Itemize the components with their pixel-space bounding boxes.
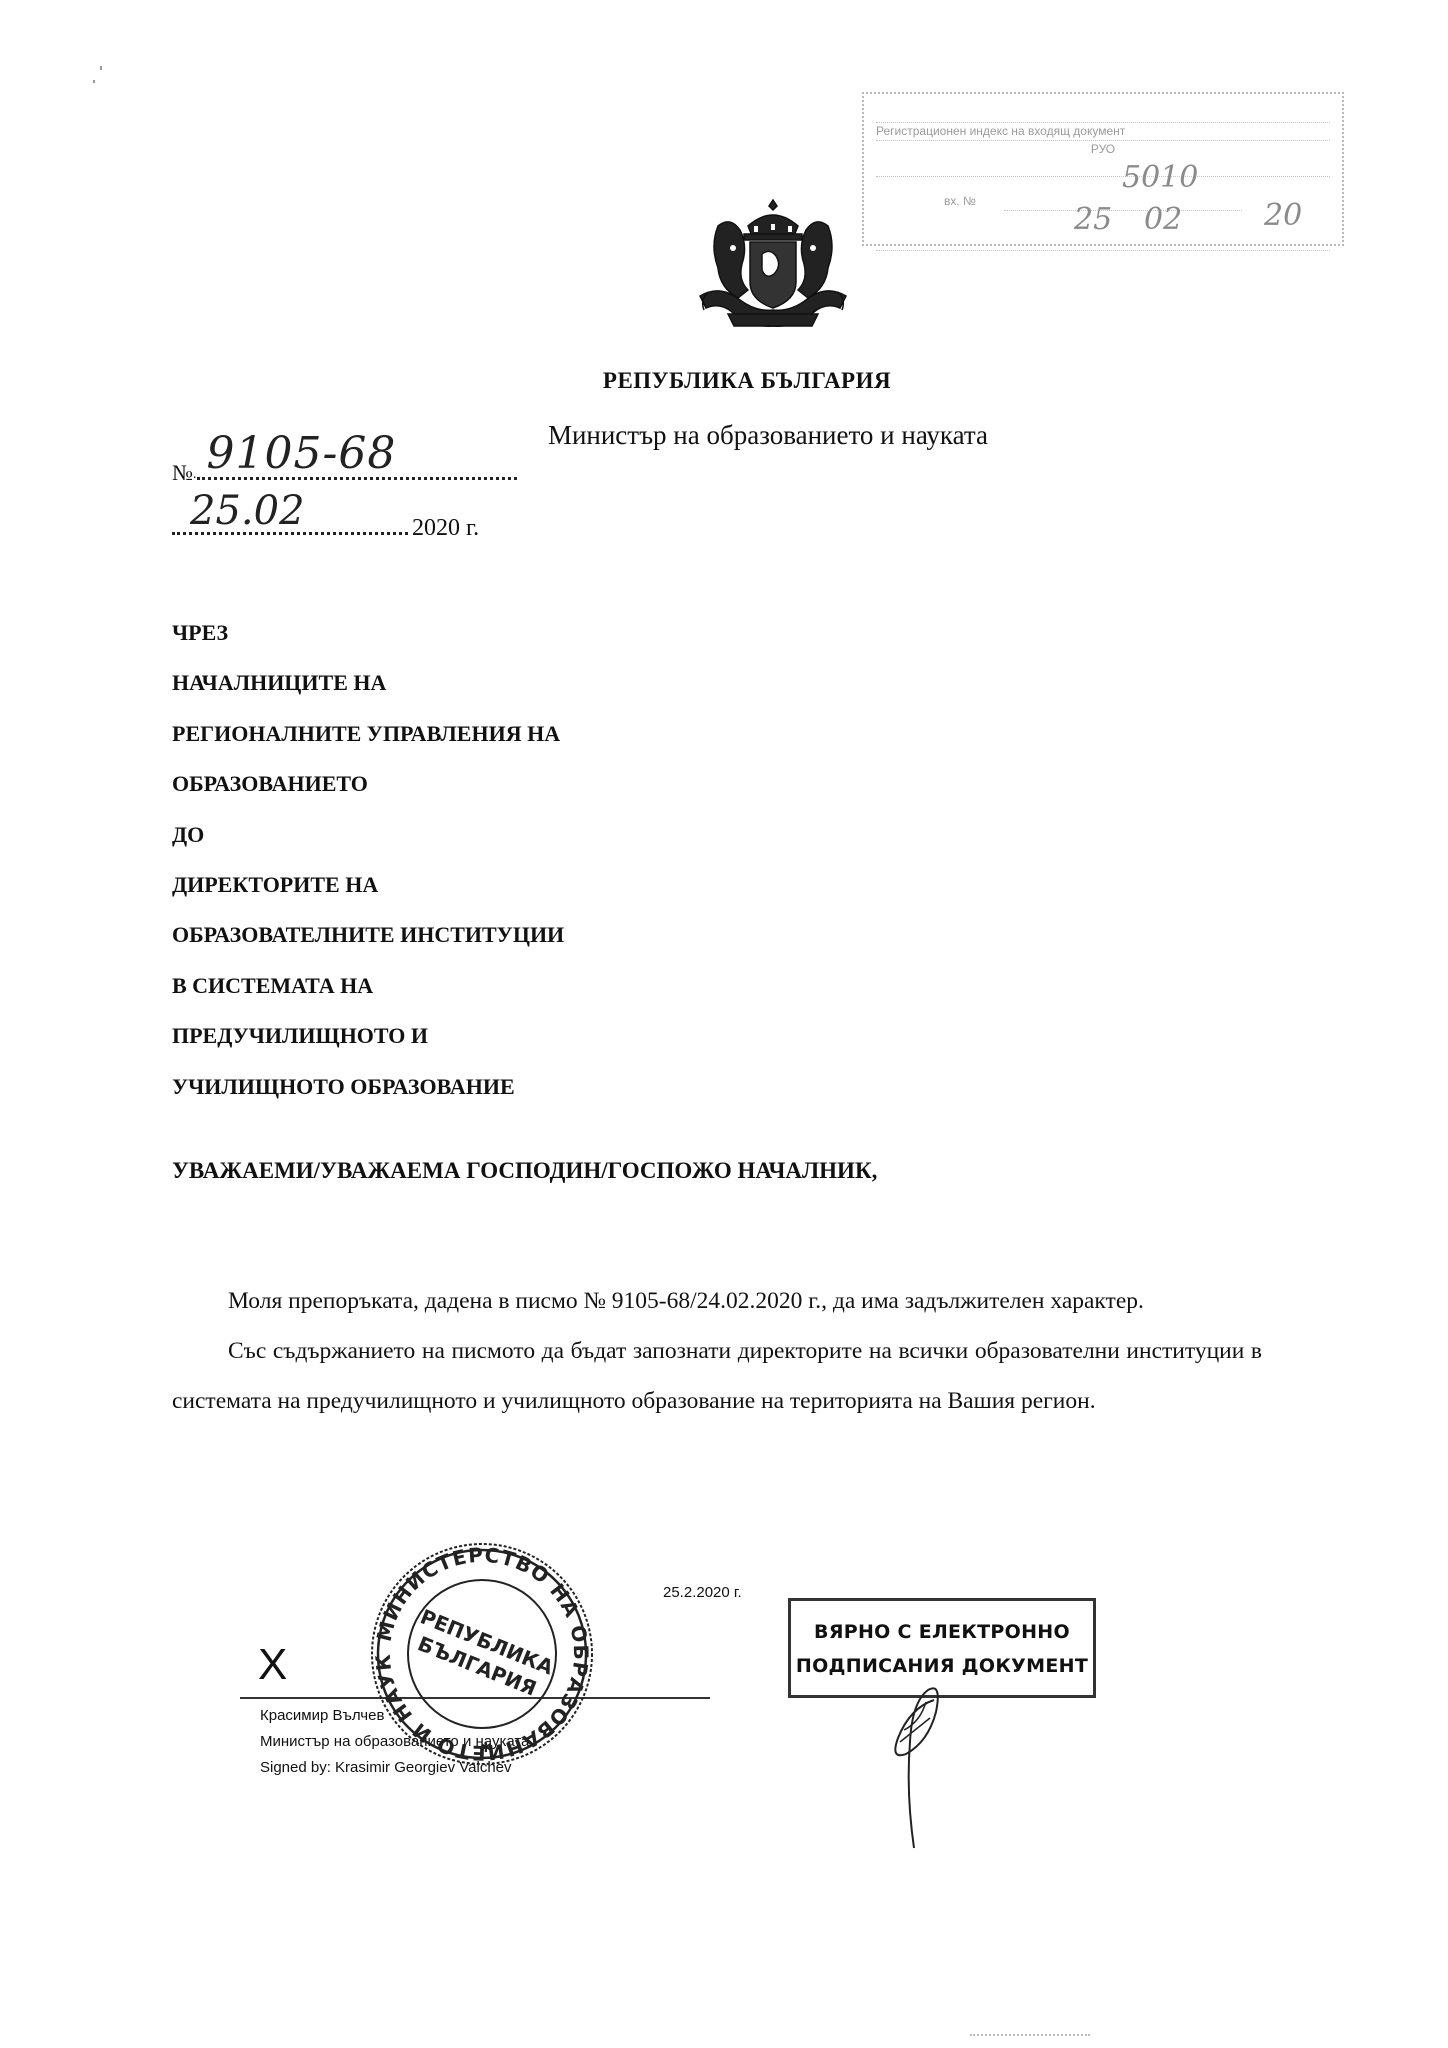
scan-footer-mark: [970, 2034, 1090, 2036]
verification-line1: ВЯРНО С ЕЛЕКТРОННО: [791, 1615, 1093, 1649]
handwritten-signature: [876, 1672, 956, 1852]
coat-of-arms-icon: [688, 196, 858, 336]
addressee-line: ДИРЕКТОРИТЕ НА: [172, 860, 564, 910]
registration-year: 2020 г.: [412, 515, 479, 541]
addressee-line: ЧРЕЗ: [172, 608, 564, 658]
registration-number-handwritten: 9105-68: [207, 428, 397, 479]
stamp-line: [876, 234, 1330, 251]
body-paragraph: Със съдържанието на писмото да бъдат зап…: [172, 1326, 1262, 1426]
salutation: УВАЖАЕМИ/УВАЖАЕМА ГОСПОДИН/ГОСПОЖО НАЧАЛ…: [172, 1158, 877, 1184]
signature-date: 25.2.2020 г.: [663, 1584, 742, 1601]
addressee-line: ПРЕДУЧИЛИЩНОТО И: [172, 1011, 564, 1061]
stamp-line: [876, 106, 1330, 123]
signature-mark: X: [258, 1640, 287, 1690]
registration-stamp: Регистрационен индекс на входящ документ…: [862, 92, 1344, 246]
addressee-line: УЧИЛИЩНОТО ОБРАЗОВАНИЕ: [172, 1062, 564, 1112]
addressee-block: ЧРЕЗ НАЧАЛНИЦИТЕ НА РЕГИОНАЛНИТЕ УПРАВЛЕ…: [172, 608, 564, 1112]
registration-number-field: 9105-68: [197, 455, 517, 480]
addressee-line: ДО: [172, 810, 564, 860]
scan-speck: [93, 80, 95, 83]
registration-date-field: 25.02: [172, 510, 408, 535]
scan-speck: [100, 66, 102, 70]
stamp-date-month: 02: [1144, 202, 1182, 237]
stamp-header-line: РУО: [876, 142, 1330, 158]
addressee-line: НАЧАЛНИЦИТЕ НА: [172, 658, 564, 708]
registration-number: №.9105-68: [172, 455, 517, 486]
stamp-number-handwritten: 5010: [1122, 160, 1198, 195]
registration-date-handwritten: 25.02: [190, 488, 305, 534]
addressee-line: В СИСТЕМАТА НА: [172, 961, 564, 1011]
registration-number-label: №: [172, 460, 193, 485]
addressee-line: РЕГИОНАЛНИТЕ УПРАВЛЕНИЯ НА: [172, 709, 564, 759]
signer-name: Красимир Вълчев: [260, 1707, 384, 1724]
addressee-line: ОБРАЗОВАНИЕТО: [172, 759, 564, 809]
registration-date: 25.022020 г.: [172, 510, 479, 542]
stamp-number-label: вх. №: [944, 194, 976, 208]
stamp-date-day: 25: [1074, 202, 1112, 237]
stamp-line: [1004, 194, 1242, 211]
official-round-stamp: МИНИСТЕРСТВО НА ОБРАЗОВАНИЕТО И НАУКАТА …: [368, 1540, 596, 1768]
stamp-line: [876, 160, 1330, 177]
addressee-line: ОБРАЗОВАТЕЛНИТЕ ИНСТИТУЦИИ: [172, 910, 564, 960]
stamp-date-year: 20: [1264, 198, 1302, 233]
stamp-header-line: Регистрационен индекс на входящ документ: [876, 124, 1330, 141]
letter-body: Моля препоръката, дадена в писмо № 9105-…: [172, 1276, 1262, 1426]
document-title: РЕПУБЛИКА БЪЛГАРИЯ: [0, 368, 1448, 394]
body-paragraph: Моля препоръката, дадена в писмо № 9105-…: [172, 1276, 1262, 1326]
svg-text:✱: ✱: [480, 1740, 492, 1756]
